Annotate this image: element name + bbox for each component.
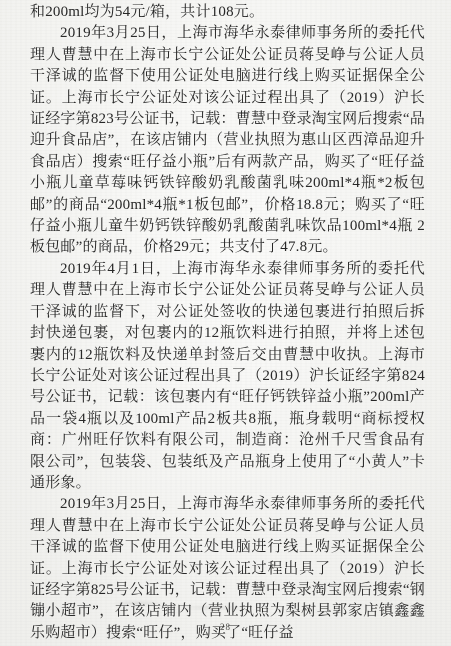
page-number: 28 xyxy=(0,622,451,632)
document-page: 和200ml均为54元/箱，共计108元。 2019年3月25日，上海市海华永泰… xyxy=(0,0,451,646)
body-paragraph-notary-823: 2019年3月25日，上海市海华永泰律师事务所的委托代理人曹慧中在上海市长宁公证… xyxy=(30,23,425,258)
document-body: 和200ml均为54元/箱，共计108元。 2019年3月25日，上海市海华永泰… xyxy=(30,2,425,644)
body-paragraph-continuation: 和200ml均为54元/箱，共计108元。 xyxy=(30,2,425,23)
body-paragraph-notary-824: 2019年4月1日，上海市海华永泰律师事务所的委托代理人曹慧中在上海市长宁公证处… xyxy=(30,259,425,494)
